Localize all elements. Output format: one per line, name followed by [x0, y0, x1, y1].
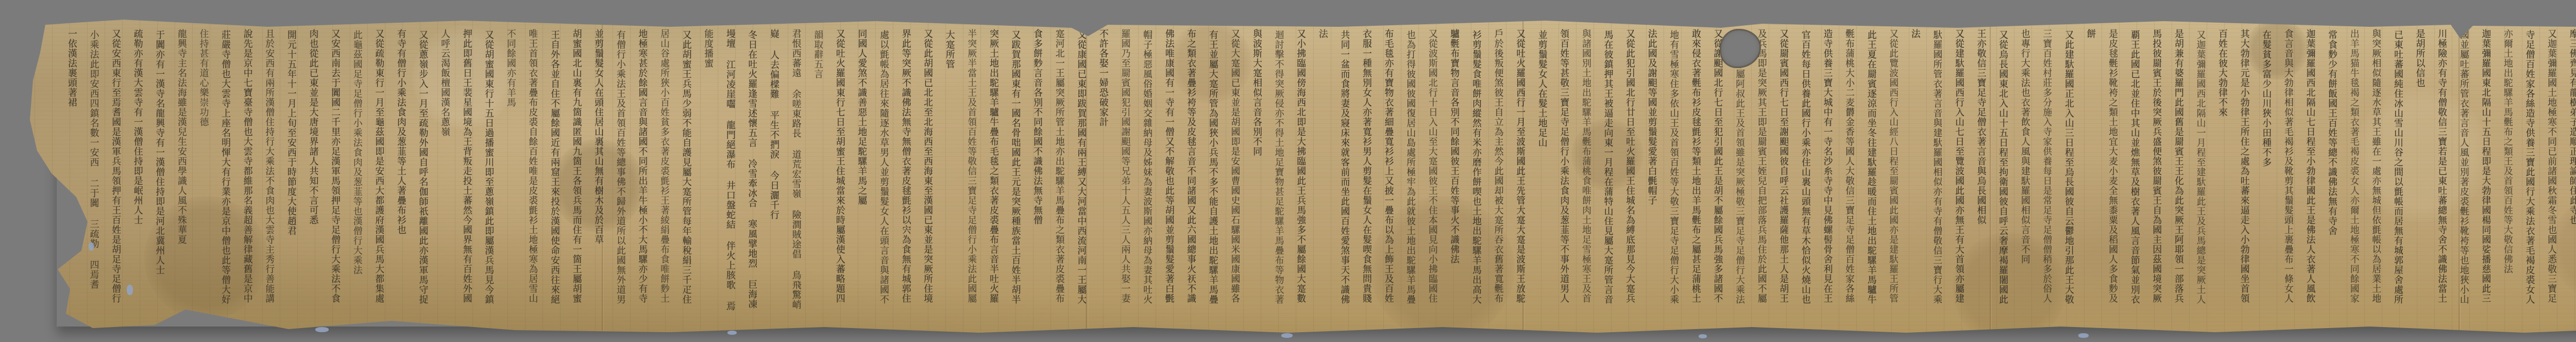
text-column: 開元十五年十一月上旬至安西于時節度大使趙君	[285, 30, 296, 322]
text-column: 與諸國別土地出駝騾羊馬氎布蒲桃食唯餅肉土地足雪極寒王及首	[1580, 29, 1591, 321]
backing-paper-chip	[127, 285, 133, 295]
text-column: 又從蔥嶺步入一月至疏勒外國自呼名伽師祇離國此亦漢軍馬守捉	[417, 30, 428, 322]
text-column: 敢來侵衣著氎布衫皮毬氈衫等類土地出羊馬氎布之屬甚足蒲桃土	[1690, 29, 1701, 321]
text-column: 寺足僧百姓家各絲造寺供養三寶此國行大乘法衣著毛褐皮裘女人	[2524, 30, 2535, 322]
text-column: 一依漢法裹頭著裙	[66, 29, 77, 321]
text-column: 也專行大乘法也衣著飲食人風與建馱羅國相似言音不同	[2019, 29, 2030, 321]
text-column: 是胡兼有婆羅門此國舊是罽賓王王化為此突厥王阿耶領一部落兵	[2173, 29, 2183, 321]
text-column: 也為打得彼國彼國復居山島處所極牢為此就彼土地出駝騾羊馬疊	[1404, 30, 1415, 322]
text-column: 唯王首領衣著疊布皮裘自餘百姓唯是皮裘氈衫土地極寒為居雪山	[527, 29, 537, 321]
text-column: 龍興寺主名法海雖是漢兒生安西學識人風不殊華夏	[176, 29, 187, 321]
text-column: 在髮貧多富少山川狹小田種不多	[2260, 30, 2271, 322]
text-column: 此王夏在罽賓逐涼而坐冬往建馱羅趁暖而住土地出駝騾羊馬驢牛	[1866, 30, 1876, 322]
text-column: 又迦葉彌羅國土地極寒不同已前諸國秋霜冬雪也國人悉敬三寶足	[2546, 29, 2556, 321]
text-column: 有寺有僧行小乘法食肉及葱韮等土人著疊布衫也	[395, 29, 406, 321]
text-column: 小乘法此即安西四鎮名數一安西 二于闐 三疏勒 四焉耆	[88, 30, 99, 322]
text-column: 突厥土地出駝騾羊驢牛疊布毛毯之類衣著皮裘疊布言音半吐火羅	[988, 29, 998, 321]
backing-paper-chip	[1281, 333, 1293, 338]
text-column: 又從安西東行至焉耆國是漢軍兵馬領押有王百姓是胡足寺足僧行	[110, 29, 121, 321]
text-column: 又跋賀那國東有一國名骨咄國此王元是突厥種族當土百姓半胡半	[1010, 30, 1021, 322]
text-column: 布之類衣著疊衫袴等及皮毬言音不同諸國又此六國總事火祆不識	[1185, 29, 1196, 321]
text-column: 墁壇 江河凌崖囓 龍門絕瀑布 井口盤蛇結 伴火上胲歌 焉	[724, 29, 735, 321]
text-column: 法	[1909, 29, 1920, 321]
text-column: 居山谷處所狹小百姓貧多衣著皮裘氈衫王著綾絹疊布食唯餅麨土	[658, 29, 669, 321]
text-column: 摩三佛齊見有龍樹弟子造順正理論師住此寺也	[2568, 29, 2576, 321]
text-column: 法此國及謝䫻等國並剪鬚髮愛著白㲲帽子	[1646, 29, 1657, 321]
text-column: 處以氈帳為居往來隨逐水草男人並剪鬚髮女人在頭言音與諸國不	[878, 30, 889, 322]
text-column: 寔河北一王屬突厥所管土地亦出駝騾羊馬疊布之類衣著皮裘疊布	[1054, 29, 1064, 321]
text-column: 又迦葉彌羅國西北隔山一月程至建馱羅此王及兵馬總是突厥土人	[2195, 30, 2206, 322]
text-column: 又從此犯引國北行廿日至吐火羅國王住城名為縛底那見今大寔兵	[1624, 29, 1635, 321]
text-column: 又此建馱羅國正北入山三日程至烏長國彼自云鬱地引那此王大敬	[2063, 30, 2074, 322]
manuscript-scroll: □□□得便即喫不作齋也地皆平正無有奴婢將賣人罪與煞人罪不殊也又至拘尸那國佛入涅槃…	[0, 0, 2576, 342]
text-column: 並剪鬚髮女人在頭住居山裏其山無有樹木及於百草	[592, 29, 603, 321]
text-column: 馬在彼鎮押其王被逼走向東一月程在蒲特山住見屬大寔所管言音	[1602, 30, 1613, 322]
text-column: 衣服一種無別女人亦著寬衫男人剪髮在鬚女人在髮喫食無問貴賤	[1361, 29, 1371, 321]
text-column: 疏勒亦有漢大雲寺有一漢僧住持即是岷州人士	[132, 29, 143, 321]
text-column: 有僧行小乘法王及首領百姓等總事佛不歸外道所以此國無外道男	[615, 30, 625, 322]
text-column: 又從疏勒東行一月至龜茲國即是安西大都護府漢國兵馬大都集處	[373, 29, 384, 321]
text-column: 亦爾土地出駝騾羊馬氎布之類王及首領百姓等大敬信佛法	[2502, 29, 2513, 321]
backing-paper-chip	[89, 242, 94, 251]
text-column: 迦葉彌羅國西北隔山七日程至小勃律國此王是佛法人衣著人風飲	[2304, 29, 2315, 321]
text-column: 又從此胡國已北北至北海西至西海東至漢國已東並是突厥所住境	[922, 29, 933, 321]
text-column: 驢氎布寶物言音各別不同餘國彼王百姓等事火不識佛法	[1448, 29, 1459, 321]
text-column: 食多餅麨言音各別不同餘國不識佛法無寺無僧	[1031, 29, 1042, 321]
text-column: 又從謝䫻國北行七日至犯引國此王是胡不屬餘國兵馬強多諸國不	[1712, 29, 1723, 321]
text-column: 又安西南去于闐國二千里亦足漢軍馬領押足寺足僧行大乘法不食	[329, 29, 340, 321]
text-column: 造寺供養三寶大城中有一寺名沙糸寺寺中見佛螺髻骨舍利見在王	[1822, 29, 1833, 321]
manuscript-photo-stage: □□□得便即喫不作齋也地皆平正無有奴婢將賣人罪與煞人罪不殊也又至拘尸那國佛入涅槃…	[0, 0, 2576, 342]
text-column: 覇王此國已北並住中其山並燋無草及樹衣著人風言音節氣並別衣	[2129, 30, 2140, 322]
text-column: 布毛毯亦有寶物衣著細疊寬衫衫上又披一疊布以為上飾王及百姓	[1383, 29, 1394, 321]
text-column: 半突厥半當土王及首領百姓等敬信三寶足寺足僧行小乘法此國屬	[965, 29, 976, 321]
text-column: 馱羅國所管衣著言音與建馱羅國相似亦有寺有僧敬信三寶行大乘	[1931, 30, 1942, 322]
text-column: 並剪鬚髮女人在髮土地足山	[1536, 30, 1547, 322]
text-column: 共同一盆而食將妻及寢床來就客前而坐此國百姓愛煞事天不識佛	[1338, 30, 1349, 322]
text-column: 莊嚴寺僧也大雲寺上座名明惲大有行業亦是京中僧也此等僧大好	[219, 30, 230, 322]
text-column: 領百姓等甚敬三寶足寺足僧行小乘法食肉及葱韮等不事外道男人	[1558, 29, 1569, 321]
text-column: 戶於後叛便煞彼王自立為主然今此國却被大寔所吞衣舊著寬氎布	[1493, 29, 1503, 321]
text-column: 百姓在彼大勃律不來	[2216, 29, 2227, 321]
text-column: 是胡所以信也	[2414, 29, 2425, 321]
text-column: 又從罽賓國西行七日至謝䫻國彼自呼云社護羅薩他那土人是胡王	[1777, 29, 1788, 321]
text-column: 餘國亦不屬阿叔此王及首領雖是突厥極敬三寶足寺足僧行大乘法	[1734, 30, 1744, 322]
text-column: 冬日在吐火羅逢雪述懷五言 冷雪牽冰合 寒風擘地烈 巨海凍	[746, 30, 757, 322]
text-column: 又此胡蜜王兵馬少弱不能自護見屬大寔所管每年輸稅絹三千疋住	[681, 30, 691, 322]
backing-paper-chip	[1699, 334, 1707, 338]
backing-paper-chip	[2078, 333, 2089, 338]
backing-paper-chip	[727, 331, 737, 335]
text-column: 羅國乃至罽賓國犯引國謝䫻國等兄弟十人五人三人兩人共娶一妻	[1120, 29, 1130, 321]
text-column: 與波斯大寔相似言音各別不同	[1251, 29, 1262, 321]
text-column: 帽子極惡風俗婚姻交雜納母及姊妹為妻波斯國亦納母為妻其吐火	[1141, 30, 1152, 322]
text-column: 與突厥相似隨逐水草其王雖在一處亦無城但依氈帳以為居業土地	[2370, 29, 2381, 321]
text-column: 不許各娶一婦恐破家計	[1097, 29, 1108, 321]
text-column: 三寶百姓村莊多分施入寺家供養每日是常足寺足僧僧稍多於俗人	[2041, 29, 2052, 321]
text-column: 此龜茲國足寺足僧行小乘法食肉及葱韮等也漢僧行大乘法	[351, 30, 362, 322]
text-column: 食言音與大勃律相似著毛褐衫及靴剪其鬚髮頭上裹疊布一條女人	[2282, 29, 2293, 321]
text-column: 又從建馱羅國西行入山七日至覽波國此國亦無王有大首領亦屬建	[1953, 29, 1964, 321]
text-column: 嶷 人去偏樑難 平生不捫淚 今日灑千行	[768, 29, 779, 321]
text-column: 不同餘國亦有羊馬	[505, 29, 516, 321]
text-column: 韻取辭五言	[812, 30, 823, 322]
text-column: 押此即舊日王裴星國境為王背叛走投土蕃然今國界無有百姓外國	[461, 29, 472, 321]
text-column: 君恨西蕃遠 余嗟東路長 道荒宏雪嶺 險澗賊途倡 鳥飛驚峭	[790, 29, 801, 321]
text-column: 官百姓每日供養此國行小乘亦住山裏山頭無有草木恰似火燒山也	[1800, 30, 1810, 322]
text-column: 人呼云渴飯檀國漢名蔥嶺	[439, 29, 450, 321]
text-column: 迴討擊不得突厥侵亦不得土地足寶物甚足駝騾羊馬疊布等物衣著	[1273, 30, 1284, 322]
text-column: 馬投彼罽賓王於後突厥兵盛便煞彼罽賓王自為國主因茲國境突厥	[2150, 29, 2161, 321]
text-column: 界此等突厥不識佛法無寺無僧衣著皮毬氈衫以宍為食無有城郭住	[900, 29, 911, 321]
text-column: 及兵馬即是突厥其王即是罽賓王姪兒自把部落兵馬住於此國不屬	[1756, 29, 1767, 321]
text-column: 川極險亦有寺有僧敬信三寶若是已東吐蕃總無寺舍不識佛法當土	[2436, 29, 2447, 321]
text-column: 出羊馬猫牛毯褐之類衣著毛褐皮裘女人亦爾土地極寒不同餘國家	[2348, 29, 2359, 321]
text-column: 大寔所管	[944, 30, 955, 322]
text-column: 又從烏長國東北入山十五日程至拘衛國彼自呼云奢摩褐羅闍國此	[1997, 30, 2008, 322]
text-column: 又從波斯國北行十日入山至大寔國彼王不住本國見向小拂臨國住	[1427, 29, 1437, 321]
text-column: 又從吐火羅國東行七日至胡蜜王住城當來於時屬漢使入蕃略題四	[834, 29, 845, 321]
text-column: 又小拂臨國傍海西北即是大拂臨國此王兵馬強多不屬餘國大寔數	[1295, 29, 1306, 321]
text-column: 肉也從此已東並是大唐境界諸人共知不言可悉	[308, 29, 318, 321]
text-column: 同國人愛煞不識善惡土地足駝騾羊馬之屬	[856, 29, 867, 321]
text-column: 其大勃律元是小勃律王所住之處為吐蕃來逼走入小勃律國坐首領	[2239, 29, 2249, 321]
text-column: 胡蜜國北山裏有九箇識匿國九箇王各領兵馬而住有一箇王屬胡蜜	[571, 29, 582, 321]
text-column: 國並屬吐蕃所管衣著言音人風並別著皮裘氎衫靴袴等也地狹小山	[2458, 30, 2469, 322]
text-column: 又從此覽波國西行入山經八日程至罽賓國此國亦是建馱羅王所管	[1887, 29, 1898, 321]
text-column: 又從吐火羅國西行一月至波斯國此王先管大寔大寔是波斯王放駝	[1514, 29, 1525, 321]
text-column: 又從胡蜜國東行十五日過播蜜川即至蔥嶺鎮此即屬漢兵馬見今鎮	[483, 30, 494, 322]
text-column: 常食麨少有餅飯國王百姓等總不識佛法無有寺舍	[2326, 30, 2337, 322]
text-column: 佛法唯康國有一寺有一僧又不解敬也此等胡國並剪鬚髮愛著白㲲	[1163, 29, 1174, 321]
manuscript-text: □□□得便即喫不作齋也地皆平正無有奴婢將賣人罪與煞人罪不殊也又至拘尸那國佛入涅槃…	[66, 29, 2576, 321]
text-column: 又從大寔國已東並是胡國即是安國曹國史國石騾國米國康國雖各	[1229, 29, 1240, 321]
text-column: 是皮毬氎衫靴袴之類土地宜大麦小麦全無黍粟及稻國人多食麨及	[2107, 29, 2117, 321]
text-column: 于闐亦有一漢寺名龍興寺有一漢僧住持即是河北冀州人士	[154, 30, 164, 322]
text-column: 地有雪極寒住多依山王及首領百姓等大敬三寶足寺足僧行大小乘	[1668, 30, 1679, 322]
text-column: 有王並屬大寔所管為國狹小兵馬不多不能自護土地出駝騾羊馬疊	[1207, 30, 1218, 322]
text-column: 王亦敬信三寶足寺足僧衣著言音與烏長國相似	[1975, 29, 1986, 321]
text-column: 已東吐蕃國純住冰山雪山川谷之間以氈帳而居無有城郭屋舍處所	[2392, 30, 2403, 322]
text-column: 法	[1317, 29, 1328, 321]
backing-paper-chip	[315, 327, 329, 332]
text-column: 住持甚有道心樂崇功德	[198, 29, 209, 321]
text-column: 衫剪鬚髮食唯餅肉縱然有米亦磨作餅喫也土地出駝騾羊馬出高大	[1470, 30, 1481, 322]
text-column: 能度播蜜	[702, 29, 713, 321]
text-column: 且於安西有兩所漢僧住持行大乘法不食肉也大雲寺主秀行善能講	[263, 29, 274, 321]
text-column: 又從康國已東即跋賀那國有兩王縛又大河當中西流河南一王屬大	[1075, 30, 1086, 322]
text-column: 餅	[2085, 29, 2096, 321]
text-column: 迦葉彌羅國東北隔山十五日程即是大勃律國楊同國娑播慈國此三	[2480, 29, 2490, 321]
text-column: 地極寒甚於餘國言音與諸國不同所出羊牛極小不大馬騾亦少有寺	[636, 29, 647, 321]
text-column: 說先是京中七寶臺寺僧也大雲寺都維那名義超善解律藏舊是京中	[242, 29, 252, 321]
text-column: 氎布蒲桃大小二麦欝金香等國人大敬信三寶足寺足僧百姓家各絲	[1843, 29, 1854, 321]
text-column: 王自外各並自住不屬餘國近有兩窟王來投於漢國使命安西往來絕	[549, 30, 560, 322]
